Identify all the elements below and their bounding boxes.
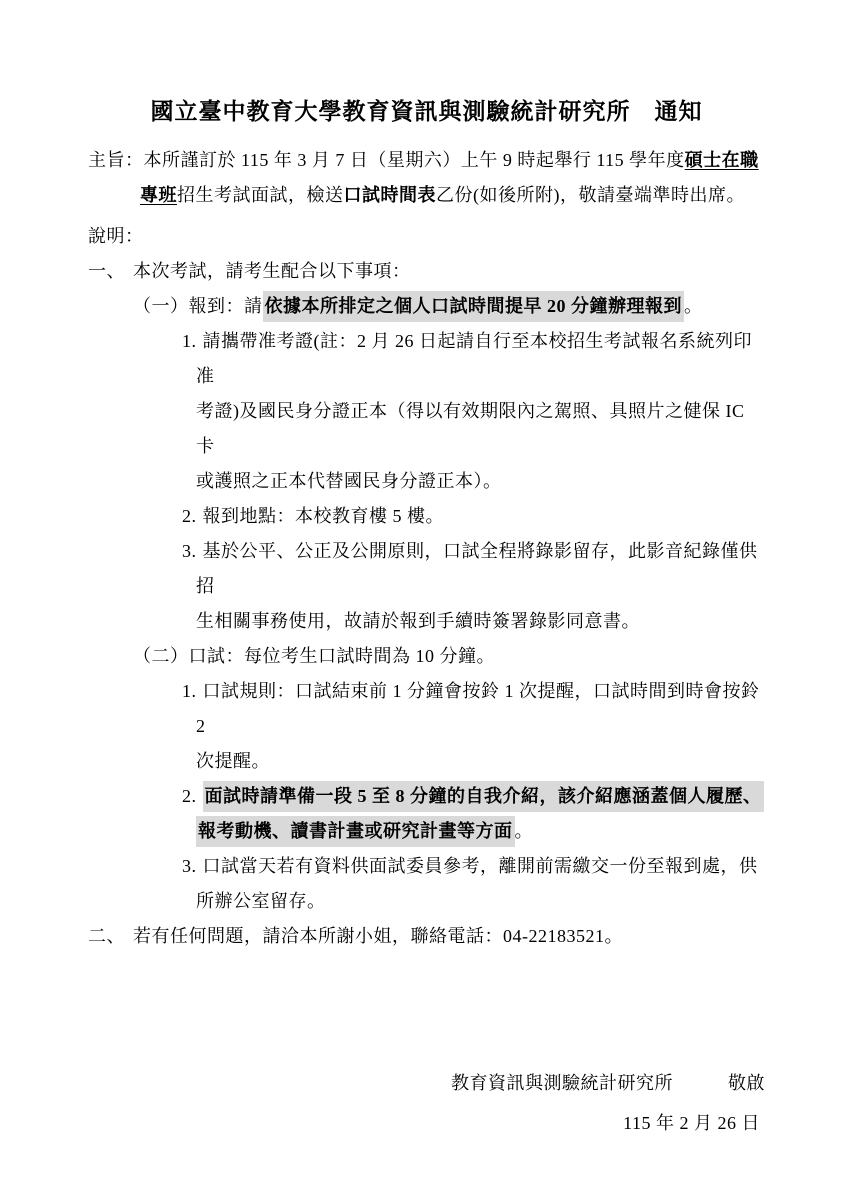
document-title: 國立臺中教育大學教育資訊與測驗統計研究所 通知: [88, 95, 765, 129]
document-page: 國立臺中教育大學教育資訊與測驗統計研究所 通知 主旨：本所謹訂於 115 年 3…: [0, 0, 848, 1200]
subject-emphasis-2: 專班: [140, 185, 177, 205]
list-item-oral-3: 3.口試當天若有資料供面試委員參考，離開前需繳交一份至報到處，供所辦公室留存。: [182, 849, 765, 919]
subject-text-3: 乙份(如後所附)，敬請臺端準時出席。: [436, 185, 745, 205]
item-text-line: 口試當天若有資料供面試委員參考，離開前需繳交一份至報到處，供: [203, 856, 758, 876]
document-date: 115 年 2 月 26 日: [88, 1106, 765, 1141]
self-intro-highlighted-line: 報考動機、讀書計畫或研究計畫等方面: [196, 816, 515, 847]
item-number: 3.: [182, 541, 197, 561]
item-text-line: 口試規則：口試結束前 1 分鐘會按鈴 1 次提醒，口試時間到時會按鈴 2: [196, 681, 760, 736]
signature-closing: 敬啟: [728, 1073, 765, 1093]
explanation-label: 說明：: [88, 219, 765, 254]
subsection-checkin-marker: （一）: [133, 296, 189, 316]
list-item-oral-2: 2.面試時請準備一段 5 至 8 分鐘的自我介紹，該介紹應涵蓋個人履歷、報考動機…: [182, 779, 765, 849]
section-one-text: 本次考試，請考生配合以下事項：: [133, 261, 411, 281]
item-text-line: 請攜帶准考證(註：2 月 26 日起請自行至本校招生考試報名系統列印准: [196, 331, 752, 386]
item-text-line: 所辦公室留存。: [196, 891, 326, 911]
item-text-line: 或護照之正本代替國民身分證正本）。: [196, 471, 502, 491]
sender-name: 教育資訊與測驗統計研究所: [451, 1073, 673, 1093]
subject-label: 主旨：: [88, 150, 144, 170]
item-number: 1.: [182, 331, 197, 351]
list-item-checkin-2: 2.報到地點：本校教育樓 5 樓。: [182, 499, 765, 534]
subject-text-1: 本所謹訂於 115 年 3 月 7 日（星期六）上午 9 時起舉行 115 學年…: [144, 150, 685, 170]
subsection-oral-exam: （二）口試：每位考生口試時間為 10 分鐘。: [133, 639, 765, 674]
list-item-checkin-3: 3.基於公平、公正及公開原則，口試全程將錄影留存，此影音紀錄僅供招生相關事務使用…: [182, 534, 765, 639]
item-text-line: 報到地點：本校教育樓 5 樓。: [203, 506, 445, 526]
subsection-checkin-lead: 報到：請: [189, 296, 263, 316]
item-text-line: 次提醒。: [196, 751, 270, 771]
signature-line: 教育資訊與測驗統計研究所敬啟: [88, 1066, 765, 1101]
list-item-checkin-1: 1.請攜帶准考證(註：2 月 26 日起請自行至本校招生考試報名系統列印准考證)…: [182, 324, 765, 499]
list-item-oral-1: 1.口試規則：口試結束前 1 分鐘會按鈴 1 次提醒，口試時間到時會按鈴 2次提…: [182, 674, 765, 779]
subject-paragraph: 主旨：本所謹訂於 115 年 3 月 7 日（星期六）上午 9 時起舉行 115…: [88, 143, 765, 213]
item-text-line: 生相關事務使用，故請於報到手續時簽署錄影同意書。: [196, 611, 640, 631]
section-two-text: 若有任何問題，請洽本所謝小姐，聯絡電話：04-22183521。: [133, 926, 623, 946]
item-number: 2.: [182, 786, 197, 806]
signature-block: 教育資訊與測驗統計研究所敬啟 115 年 2 月 26 日: [88, 1066, 765, 1141]
item-number: 3.: [182, 856, 197, 876]
subsection-oral-marker: （二）: [133, 646, 189, 666]
section-two-marker: 二、: [88, 919, 133, 954]
checkin-highlighted-text: 依據本所排定之個人口試時間提早 20 分鐘辦理報到: [263, 291, 685, 322]
subsection-oral-lead: 口試：每位考生口試時間為 10 分鐘。: [189, 646, 496, 666]
subsection-checkin: （一）報到：請依據本所排定之個人口試時間提早 20 分鐘辦理報到。: [133, 289, 765, 324]
item-number: 2.: [182, 506, 197, 526]
section-two: 二、若有任何問題，請洽本所謝小姐，聯絡電話：04-22183521。: [88, 919, 765, 954]
item-number: 1.: [182, 681, 197, 701]
subject-emphasis-1: 碩士在職: [685, 150, 759, 170]
item-text-line: 基於公平、公正及公開原則，口試全程將錄影留存，此影音紀錄僅供招: [196, 541, 758, 596]
item-text-line: 考證)及國民身分證正本（得以有效期限內之駕照、具照片之健保 IC 卡: [196, 401, 745, 456]
subject-text-2: 招生考試面試，檢送: [177, 185, 344, 205]
checkin-tail: 。: [684, 296, 703, 316]
section-one-marker: 一、: [88, 254, 133, 289]
self-intro-highlighted-line: 面試時請準備一段 5 至 8 分鐘的自我介紹，該介紹應涵蓋個人履歷、: [203, 781, 764, 812]
section-one-heading: 一、本次考試，請考生配合以下事項：: [88, 254, 765, 289]
item-tail: 。: [515, 821, 534, 841]
subject-bold-term: 口試時間表: [344, 185, 437, 205]
